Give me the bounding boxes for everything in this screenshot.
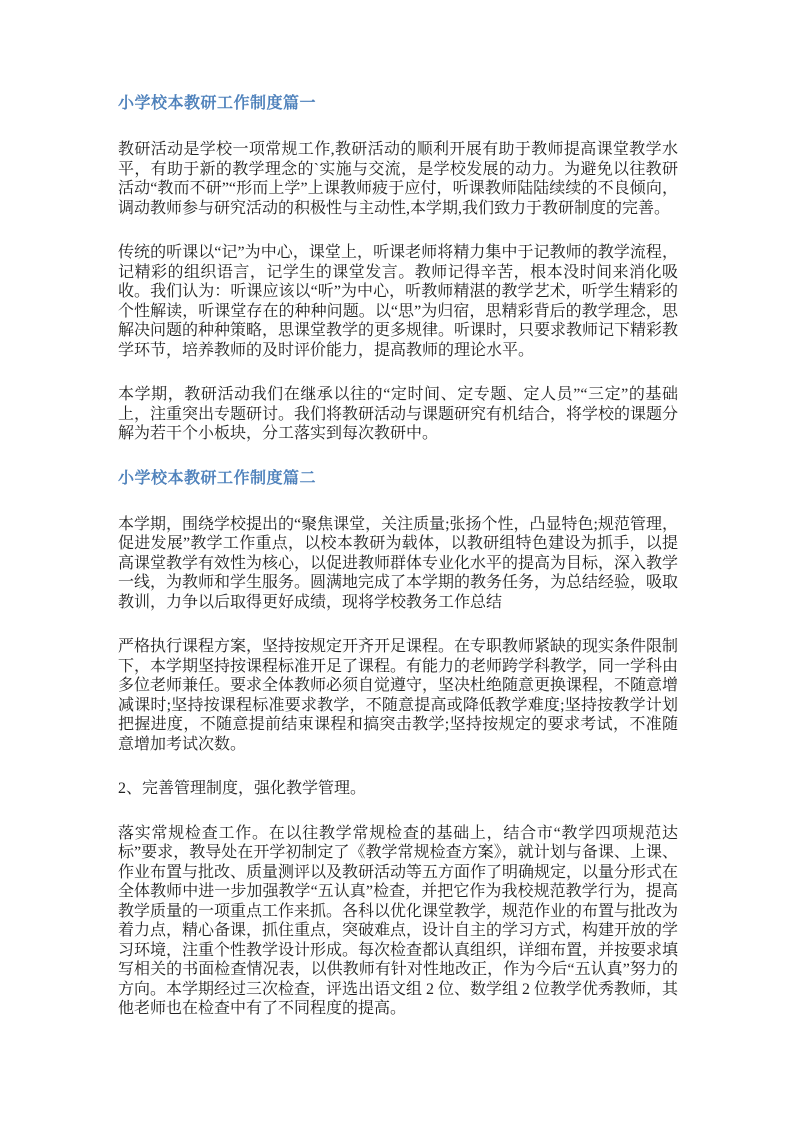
section-1-heading: 小学校本教研工作制度篇一	[118, 94, 678, 114]
section-2-paragraph-1: 本学期，围绕学校提出的“聚焦课堂，关注质量;张扬个性，凸显特色;规范管理，促进发…	[118, 515, 678, 613]
section-1-paragraph-1: 教研活动是学校一项常规工作,教研活动的顺利开展有助于教师提高课堂教学水平，有助于…	[118, 140, 678, 218]
section-2-paragraph-4: 落实常规检查工作。在以往教学常规检查的基础上，结合市“教学四项规范达标”要求，教…	[118, 824, 678, 1019]
document-page: 小学校本教研工作制度篇一 教研活动是学校一项常规工作,教研活动的顺利开展有助于教…	[0, 0, 793, 1122]
section-2-paragraph-3: 2、完善管理制度，强化教学管理。	[118, 779, 678, 799]
section-1-paragraph-2: 传统的听课以“记”为中心，课堂上，听课老师将精力集中于记教师的教学流程，记精彩的…	[118, 243, 678, 360]
section-1-paragraph-3: 本学期，教研活动我们在继承以往的“定时间、定专题、定人员”“三定”的基础上，注重…	[118, 385, 678, 444]
section-2-paragraph-2: 严格执行课程方案，坚持按规定开齐开足课程。在专职教师紧缺的现实条件限制下，本学期…	[118, 637, 678, 754]
section-2-heading: 小学校本教研工作制度篇二	[118, 469, 678, 489]
